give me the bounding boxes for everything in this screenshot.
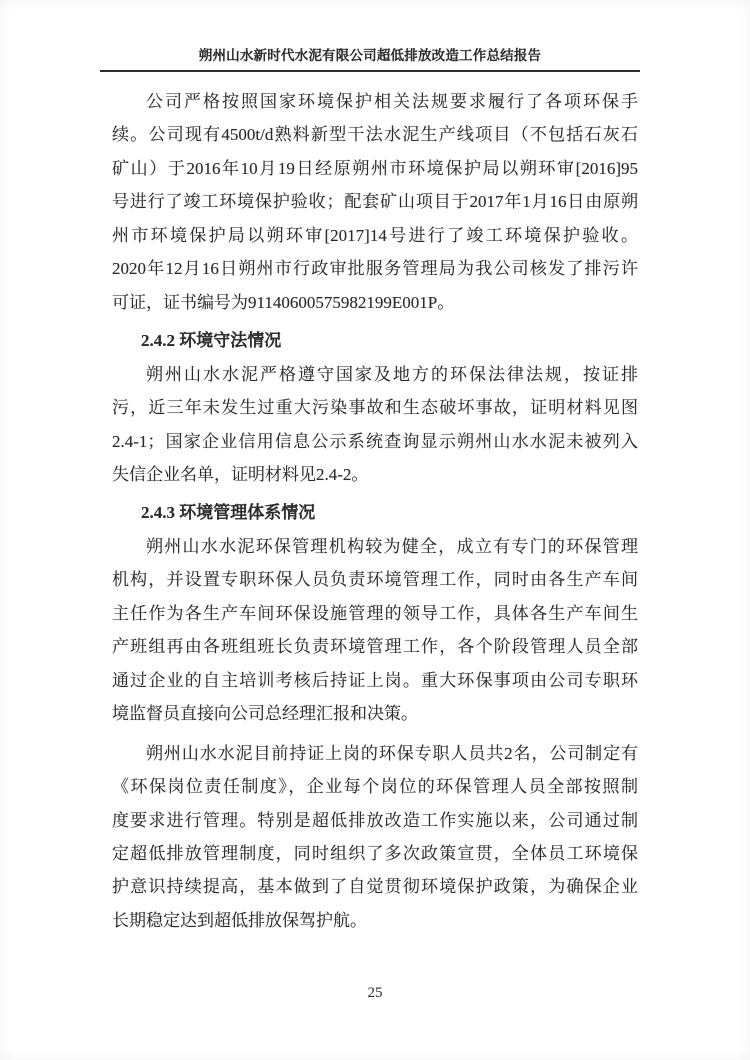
paragraph-line: 2.4-1；国家企业信用信息公示系统查询显示朔州山水水泥未被列入: [112, 425, 638, 458]
paragraph-line: 定超低排放管理制度，同时组织了多次政策宣贯，全体员工环境保: [112, 837, 638, 870]
report-title: 朔州山水新时代水泥有限公司超低排放改造工作总结报告: [100, 48, 640, 64]
paragraph-line: 主任作为各生产车间环保设施管理的领导工作，具体各生产车间生: [112, 597, 638, 630]
paragraph-line: 长期稳定达到超低排放保驾护航。: [112, 904, 638, 937]
section-heading: 2.4.2 环境守法情况: [112, 324, 638, 357]
paragraph-line: 境监督员直接向公司总经理汇报和决策。: [112, 697, 638, 730]
paragraph-line: 2020年12月16日朔州市行政审批服务管理局为我公司核发了排污许: [112, 252, 638, 285]
paragraph-line: 失信企业名单，证明材料见2.4-2。: [112, 458, 638, 491]
paragraph: 朔州山水水泥环保管理机构较为健全，成立有专门的环保管理机构，并设置专职环保人员负…: [112, 530, 638, 731]
paragraph-line: 续。公司现有4500t/d熟料新型干法水泥生产线项目（不包括石灰石: [112, 118, 638, 151]
section-heading: 2.4.3 环境管理体系情况: [112, 496, 638, 529]
paragraph: 朔州山水水泥严格遵守国家及地方的环保法律法规，按证排污，近三年未发生过重大污染事…: [112, 358, 638, 492]
paragraph-line: 污，近三年未发生过重大污染事故和生态破坏事故，证明材料见图: [112, 391, 638, 424]
page-number: 25: [368, 985, 383, 1001]
paragraph-line: 护意识持续提高，基本做到了自觉贯彻环境保护政策，为确保企业: [112, 870, 638, 903]
paragraph-line: 度要求进行管理。特别是超低排放改造工作实施以来，公司通过制: [112, 804, 638, 837]
paragraph: 公司严格按照国家环境保护相关法规要求履行了各项环保手续。公司现有4500t/d熟…: [112, 85, 638, 319]
paragraph-line: 产班组再由各班组班长负责环境管理工作，各个阶段管理人员全部: [112, 630, 638, 663]
paragraph-line: 号进行了竣工环境保护验收；配套矿山项目于2017年1月16日由原朔: [112, 185, 638, 218]
paragraph-line: 矿山）于2016年10月19日经原朔州市环境保护局以朔环审[2016]95: [112, 152, 638, 185]
page-footer: 25: [0, 984, 750, 1002]
document-body: 公司严格按照国家环境保护相关法规要求履行了各项环保手续。公司现有4500t/d熟…: [112, 85, 638, 937]
paragraph-line: 朔州山水水泥环保管理机构较为健全，成立有专门的环保管理: [112, 530, 638, 563]
paragraph-line: 公司严格按照国家环境保护相关法规要求履行了各项环保手: [112, 85, 638, 118]
paragraph-line: 机构，并设置专职环保人员负责环境管理工作，同时由各生产车间: [112, 563, 638, 596]
document-page: 朔州山水新时代水泥有限公司超低排放改造工作总结报告 公司严格按照国家环境保护相关…: [0, 0, 750, 1060]
paragraph-line: 通过企业的自主培训考核后持证上岗。重大环保事项由公司专职环: [112, 664, 638, 697]
running-header: 朔州山水新时代水泥有限公司超低排放改造工作总结报告: [100, 48, 640, 72]
paragraph: 朔州山水水泥目前持证上岗的环保专职人员共2名，公司制定有《环保岗位责任制度》，企…: [112, 737, 638, 938]
paragraph-line: 可证，证书编号为91140600575982199E001P。: [112, 286, 638, 319]
paragraph-line: 《环保岗位责任制度》，企业每个岗位的环保管理人员全部按照制: [112, 770, 638, 803]
paragraph-line: 朔州山水水泥严格遵守国家及地方的环保法律法规，按证排: [112, 358, 638, 391]
paragraph-line: 朔州山水水泥目前持证上岗的环保专职人员共2名，公司制定有: [112, 737, 638, 770]
paragraph-line: 州市环境保护局以朔环审[2017]14号进行了竣工环境保护验收。: [112, 219, 638, 252]
